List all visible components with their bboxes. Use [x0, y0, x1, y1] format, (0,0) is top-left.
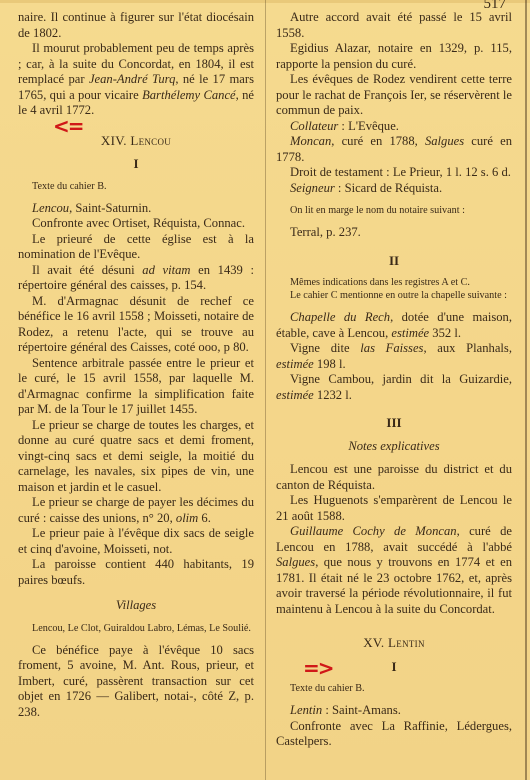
paragraph: Autre accord avait été passé le 15 avril…: [276, 10, 512, 41]
paragraph: Droit de testament : Le Prieur, 1 l. 12 …: [276, 165, 512, 181]
document-page: 517 <= => naire. Il continue à figurer s…: [0, 0, 530, 780]
column-divider: [265, 0, 266, 780]
paragraph: Il avait été désuni ad vitam en 1439 : r…: [18, 263, 254, 294]
villages-heading: Villages: [18, 598, 254, 614]
section-heading-xv: XV. Lentin: [276, 635, 512, 651]
paragraph: naire. Il continue à figurer sur l'état …: [18, 10, 254, 41]
source-note: Texte du cahier B.: [276, 682, 512, 695]
paragraph: Le prieur se charge de payer les décimes…: [18, 495, 254, 526]
paragraph: Ce bénéfice paye à l'évêque 10 sacs from…: [18, 643, 254, 721]
roman-numeral-heading: I: [18, 156, 254, 172]
paragraph: Il mourut probablement peu de temps aprè…: [18, 41, 254, 119]
source-note: Texte du cahier B.: [18, 180, 254, 193]
roman-numeral-heading: II: [276, 253, 512, 269]
paragraph: Confronte avec Ortiset, Réquista, Connac…: [18, 216, 254, 232]
paragraph: Le prieuré de cette église est à la nomi…: [18, 232, 254, 263]
paragraph: Vigne Cambou, jardin dit la Guizardie, e…: [276, 372, 512, 403]
notes-heading: Notes explicatives: [276, 439, 512, 455]
paragraph: Sentence arbitrale passée entre le prieu…: [18, 356, 254, 418]
paragraph: Collateur : L'Evêque.: [276, 119, 512, 135]
paragraph: Les Huguenots s'emparèrent de Lencou le …: [276, 493, 512, 524]
margin-note: On lit en marge le nom du notaire suivan…: [276, 204, 512, 217]
villages-list: Lencou, Le Clot, Guiraldou Labro, Lémas,…: [18, 622, 254, 635]
section-heading-xiv: XIV. Lencou: [18, 133, 254, 149]
paragraph: Guillaume Cochy de Moncan, curé de Lenco…: [276, 524, 512, 617]
page-edge: [525, 0, 527, 780]
paragraph: Seigneur : Sicard de Réquista.: [276, 181, 512, 197]
paragraph: Chapelle du Rech, dotée d'une maison, ét…: [276, 310, 512, 341]
paragraph: Lencou, Saint-Saturnin.: [18, 201, 254, 217]
paragraph: Moncan, curé en 1788, Salgues curé en 17…: [276, 134, 512, 165]
right-column: Autre accord avait été passé le 15 avril…: [276, 10, 512, 750]
paragraph: Lentin : Saint-Amans.: [276, 703, 512, 719]
paragraph: Le cahier C mentionne en outre la chapel…: [276, 289, 512, 302]
paragraph: Lencou est une paroisse du district et d…: [276, 462, 512, 493]
paragraph: La paroisse contient 440 habitants, 19 p…: [18, 557, 254, 588]
paragraph: Confronte avec La Raffinie, Lédergues, C…: [276, 719, 512, 750]
paragraph: Mêmes indications dans les registres A e…: [276, 276, 512, 289]
paragraph: Terral, p. 237.: [276, 225, 512, 241]
paragraph: Egidius Alazar, notaire en 1329, p. 115,…: [276, 41, 512, 72]
paragraph: M. d'Armagnac désunit de rechef ce bénéf…: [18, 294, 254, 356]
paragraph: Le prieur paie à l'évêque dix sacs de se…: [18, 526, 254, 557]
paragraph: Le prieur se charge de toutes les charge…: [18, 418, 254, 496]
roman-numeral-heading: III: [276, 415, 512, 431]
paragraph: Les évêques de Rodez vendirent cette ter…: [276, 72, 512, 119]
roman-numeral-heading: I: [276, 659, 512, 675]
paragraph: Vigne dite las Faisses, aux Planhals, es…: [276, 341, 512, 372]
left-column: naire. Il continue à figurer sur l'état …: [18, 10, 254, 720]
